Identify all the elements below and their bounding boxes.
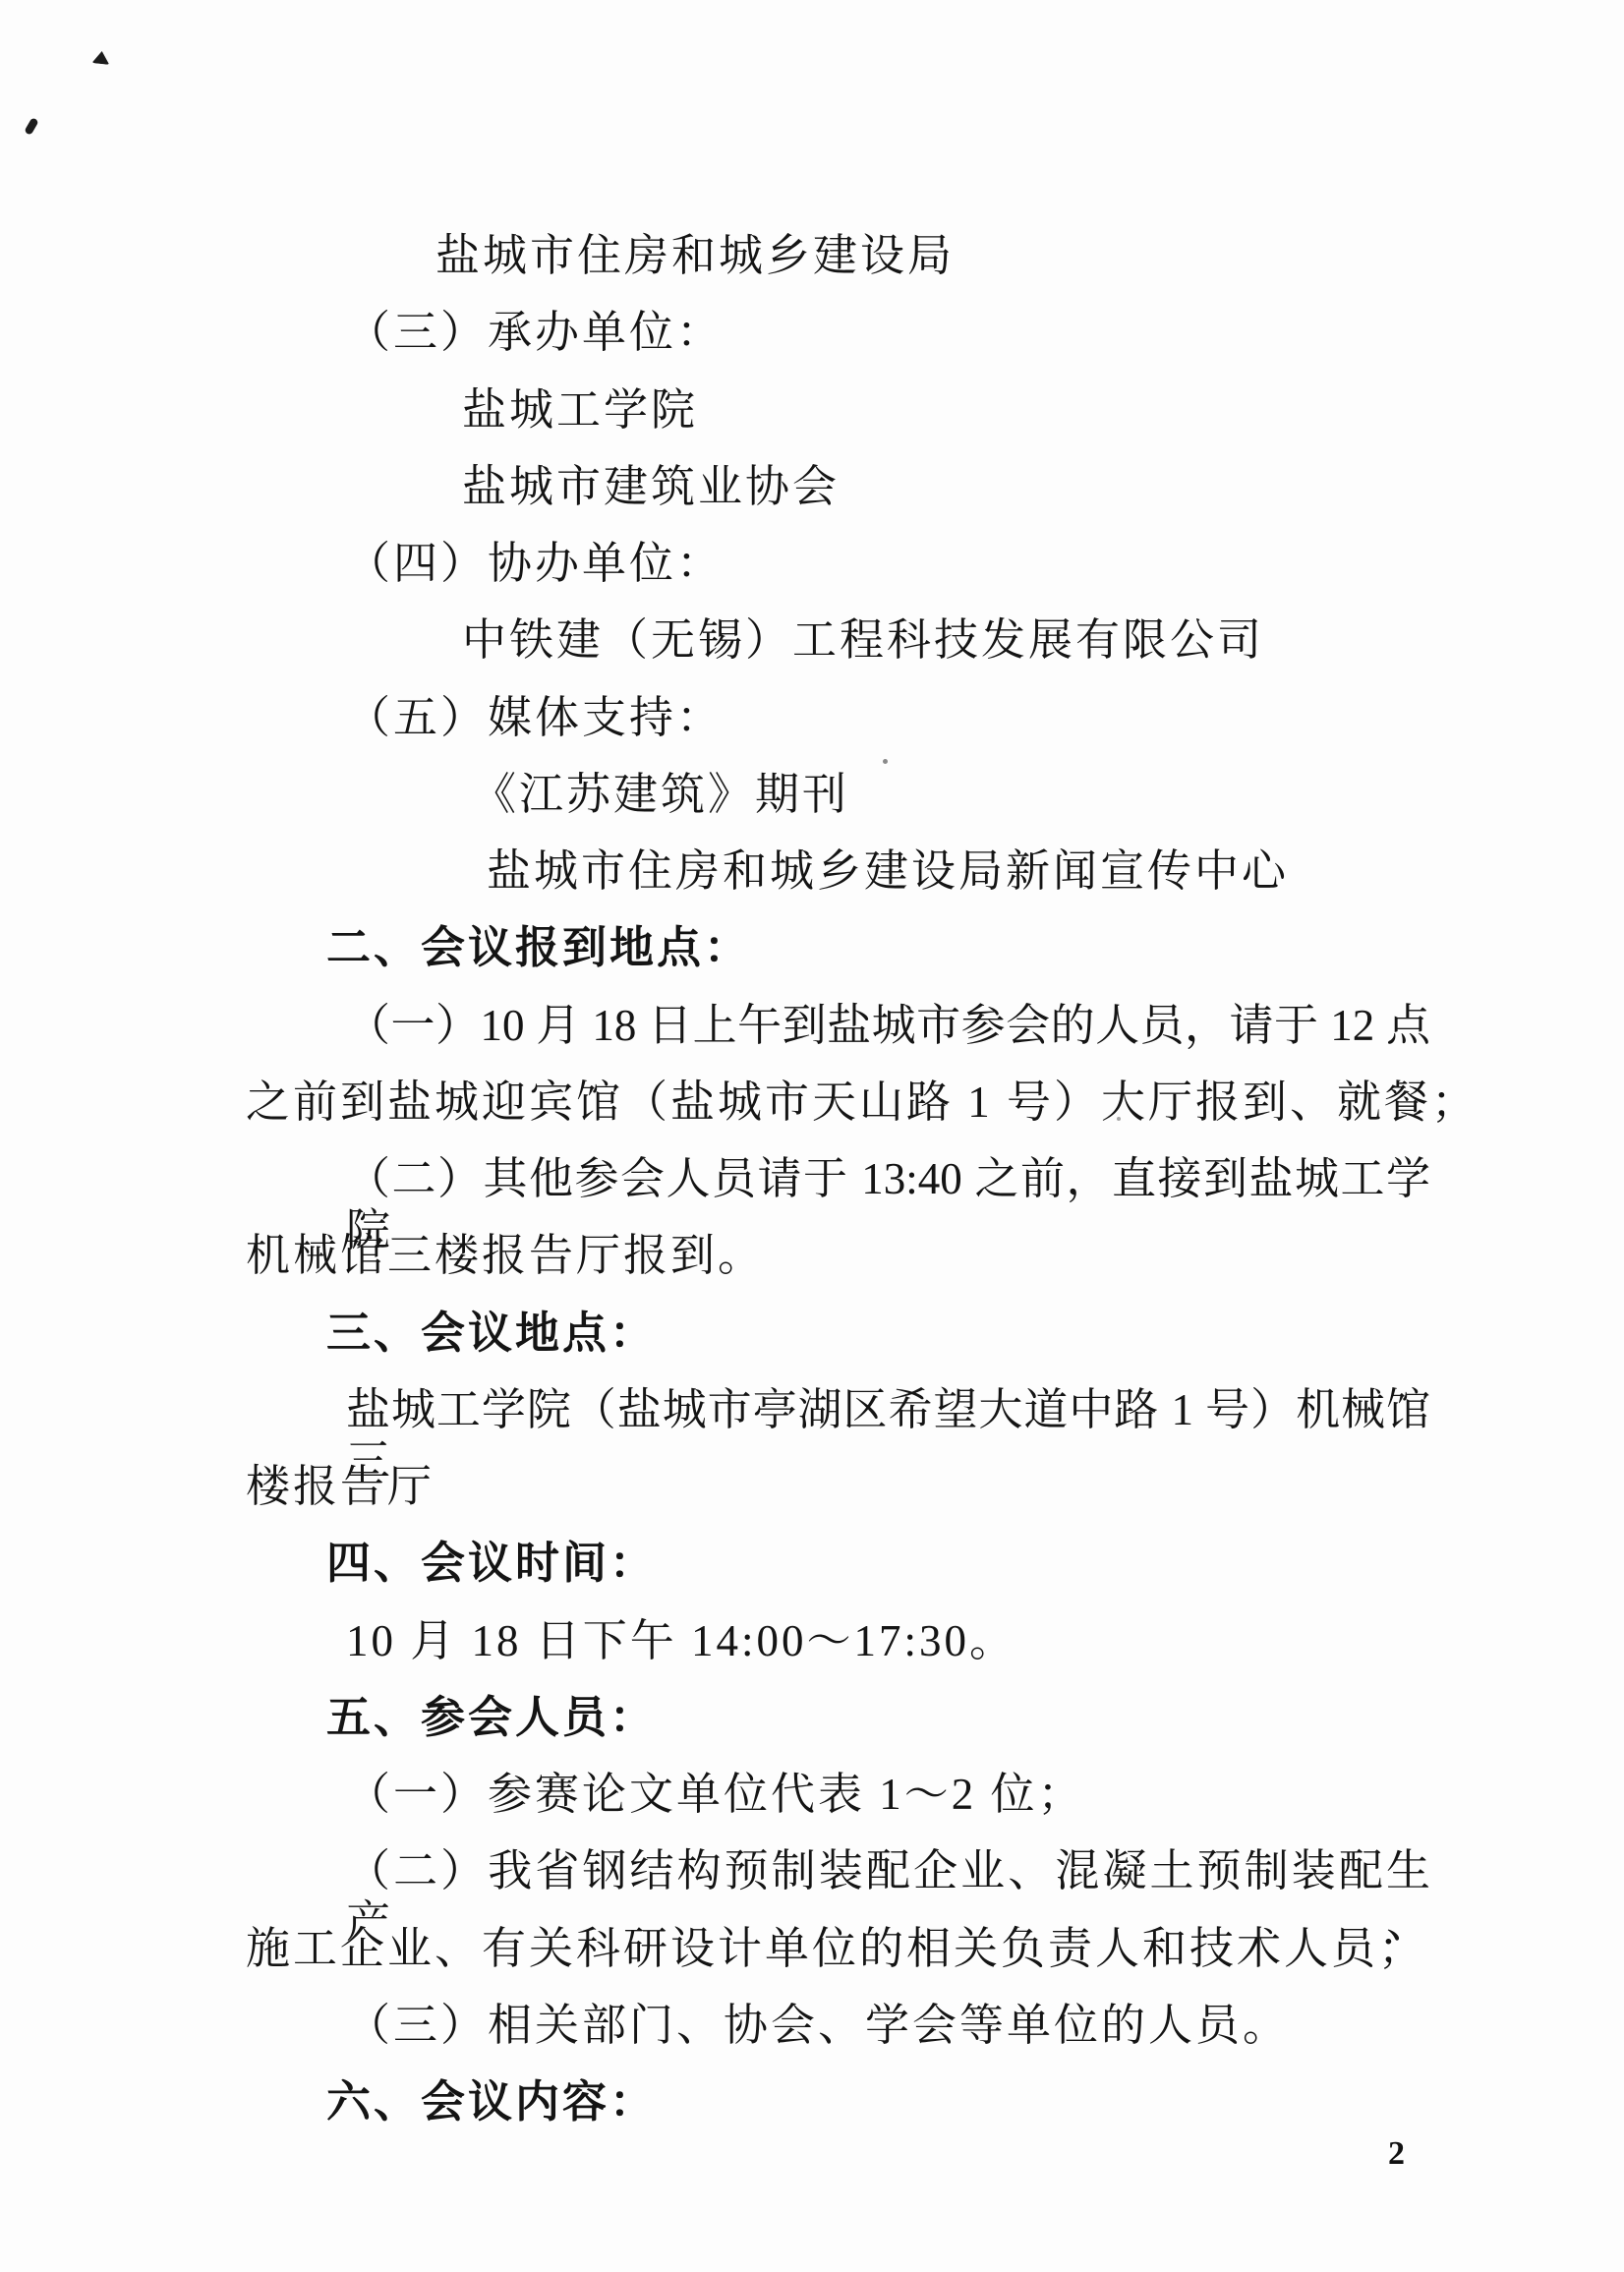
participants-item-3: （三）相关部门、协会、学会等单位的人员。 [346, 2000, 1290, 2051]
page-number: 2 [1388, 2135, 1405, 2173]
meeting-time-value: 10 月 18 日下午 14:00～17:30。 [346, 1615, 1016, 1666]
heading-5-participants: 五、参会人员： [326, 1692, 657, 1743]
organizer-construction-assoc: 盐城市建筑业协会 [462, 461, 840, 512]
section-5-media-label: （五）媒体支持： [346, 692, 724, 743]
scan-dot [883, 759, 888, 764]
section-3-organizer-label: （三）承办单位： [346, 307, 724, 358]
checkin-item-1-line-1: （一）10 月 18 日上午到盐城市参会的人员，请于 12 点 [346, 1000, 1430, 1051]
heading-4-meeting-time: 四、会议时间： [326, 1538, 657, 1589]
participants-item-1: （一）参赛论文单位代表 1～2 位； [346, 1769, 1085, 1820]
section-4-coorganizer-label: （四）协办单位： [346, 538, 724, 589]
heading-6-meeting-content: 六、会议内容： [326, 2076, 657, 2127]
organizer-yancheng-institute: 盐城工学院 [462, 384, 698, 436]
checkin-item-1-line-2: 之前到盐城迎宾馆（盐城市天山路 1 号）大厅报到、就餐； [246, 1077, 1479, 1128]
coorganizer-crcc-wuxi: 中铁建（无锡）工程科技发展有限公司 [462, 614, 1264, 666]
media-jiangsu-architecture: 《江苏建筑》期刊 [472, 769, 849, 820]
scan-dot [1117, 1117, 1121, 1121]
checkin-item-2-line-2: 机械馆三楼报告厅报到。 [246, 1230, 765, 1281]
meeting-location-line-2: 楼报告厅 [246, 1461, 435, 1512]
host-unit-continued: 盐城市住房和城乡建设局 [435, 230, 955, 281]
heading-2-checkin-location: 二、会议报到地点： [326, 922, 751, 973]
checkin-item-2-line-1: （二）其他参会人员请于 13:40 之前，直接到盐城工学院 [346, 1153, 1430, 1204]
participants-item-2-line-1: （二）我省钢结构预制装配企业、混凝土预制装配生产、 [346, 1845, 1430, 1896]
meeting-location-line-1: 盐城工学院（盐城市亭湖区希望大道中路 1 号）机械馆三 [346, 1384, 1430, 1435]
heading-3-meeting-location: 三、会议地点： [326, 1308, 657, 1359]
participants-item-2-line-2: 施工企业、有关科研设计单位的相关负责人和技术人员； [246, 1923, 1425, 1974]
media-news-center: 盐城市住房和城乡建设局新闻宣传中心 [487, 845, 1289, 897]
ink-speck [91, 50, 110, 65]
ink-speck [24, 117, 38, 136]
document-page: 盐城市住房和城乡建设局（三）承办单位：盐城工学院盐城市建筑业协会（四）协办单位：… [0, 0, 1624, 2272]
